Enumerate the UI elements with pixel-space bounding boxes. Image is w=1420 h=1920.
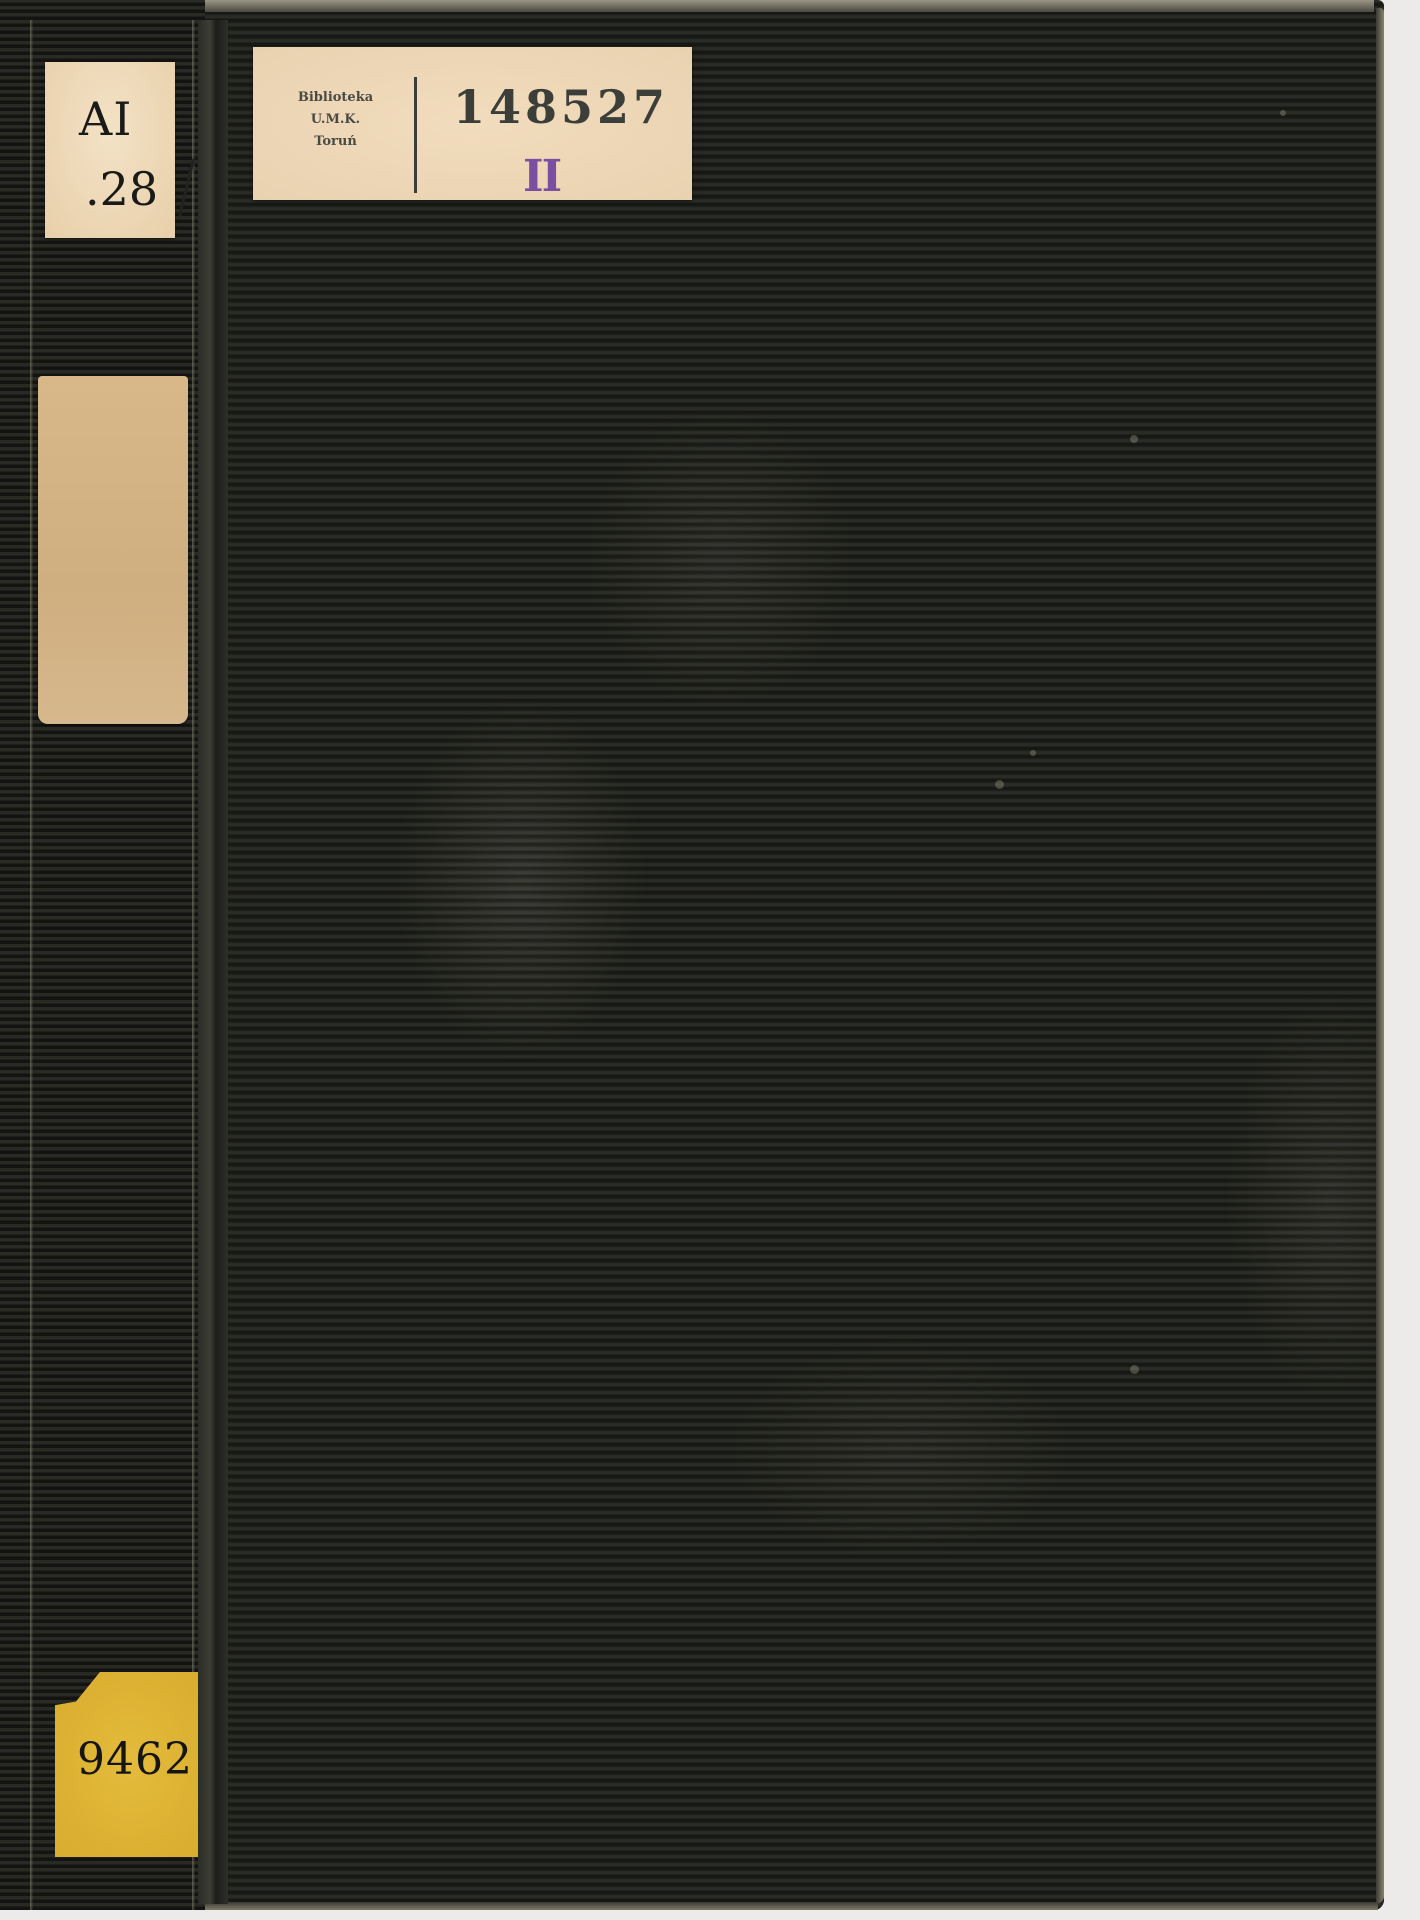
spine-groove [30, 20, 33, 1910]
cover-scuff [1130, 435, 1138, 443]
cover-right-edge [1376, 8, 1384, 1904]
cover-top-edge [0, 0, 1374, 12]
library-accession-label: Biblioteka U.M.K. Toruń 148527 II [253, 47, 692, 200]
library-name: Biblioteka U.M.K. Toruń [273, 87, 398, 153]
book-spine: AI .28 9462 [0, 0, 205, 1910]
book-front-cover: AI .28 9462 Biblioteka U.M.K. Toruń 1485… [0, 0, 1384, 1910]
accession-number: 148527 [453, 80, 669, 134]
spine-call-number-label: AI .28 [45, 62, 175, 238]
spine-blank-title-label [38, 376, 188, 724]
library-name-line2: U.M.K. [273, 109, 398, 131]
cover-scuff [995, 780, 1004, 789]
spine-hinge [198, 20, 228, 1904]
purple-stamp-mark: II [523, 151, 560, 202]
cover-scuff [1280, 110, 1286, 116]
cover-scuff [1130, 1365, 1139, 1374]
cover-scuff [1030, 750, 1036, 756]
call-number-line2: .28 [85, 162, 158, 216]
cover-bottom-edge [200, 1902, 1378, 1910]
spine-inventory-label: 9462 [55, 1672, 205, 1857]
spine-groove [192, 20, 195, 1910]
library-name-line1: Biblioteka [273, 87, 398, 109]
label-divider [414, 77, 417, 193]
call-number-line1: AI [79, 92, 132, 146]
library-name-line3: Toruń [273, 131, 398, 153]
inventory-number: 9462 [77, 1734, 193, 1785]
